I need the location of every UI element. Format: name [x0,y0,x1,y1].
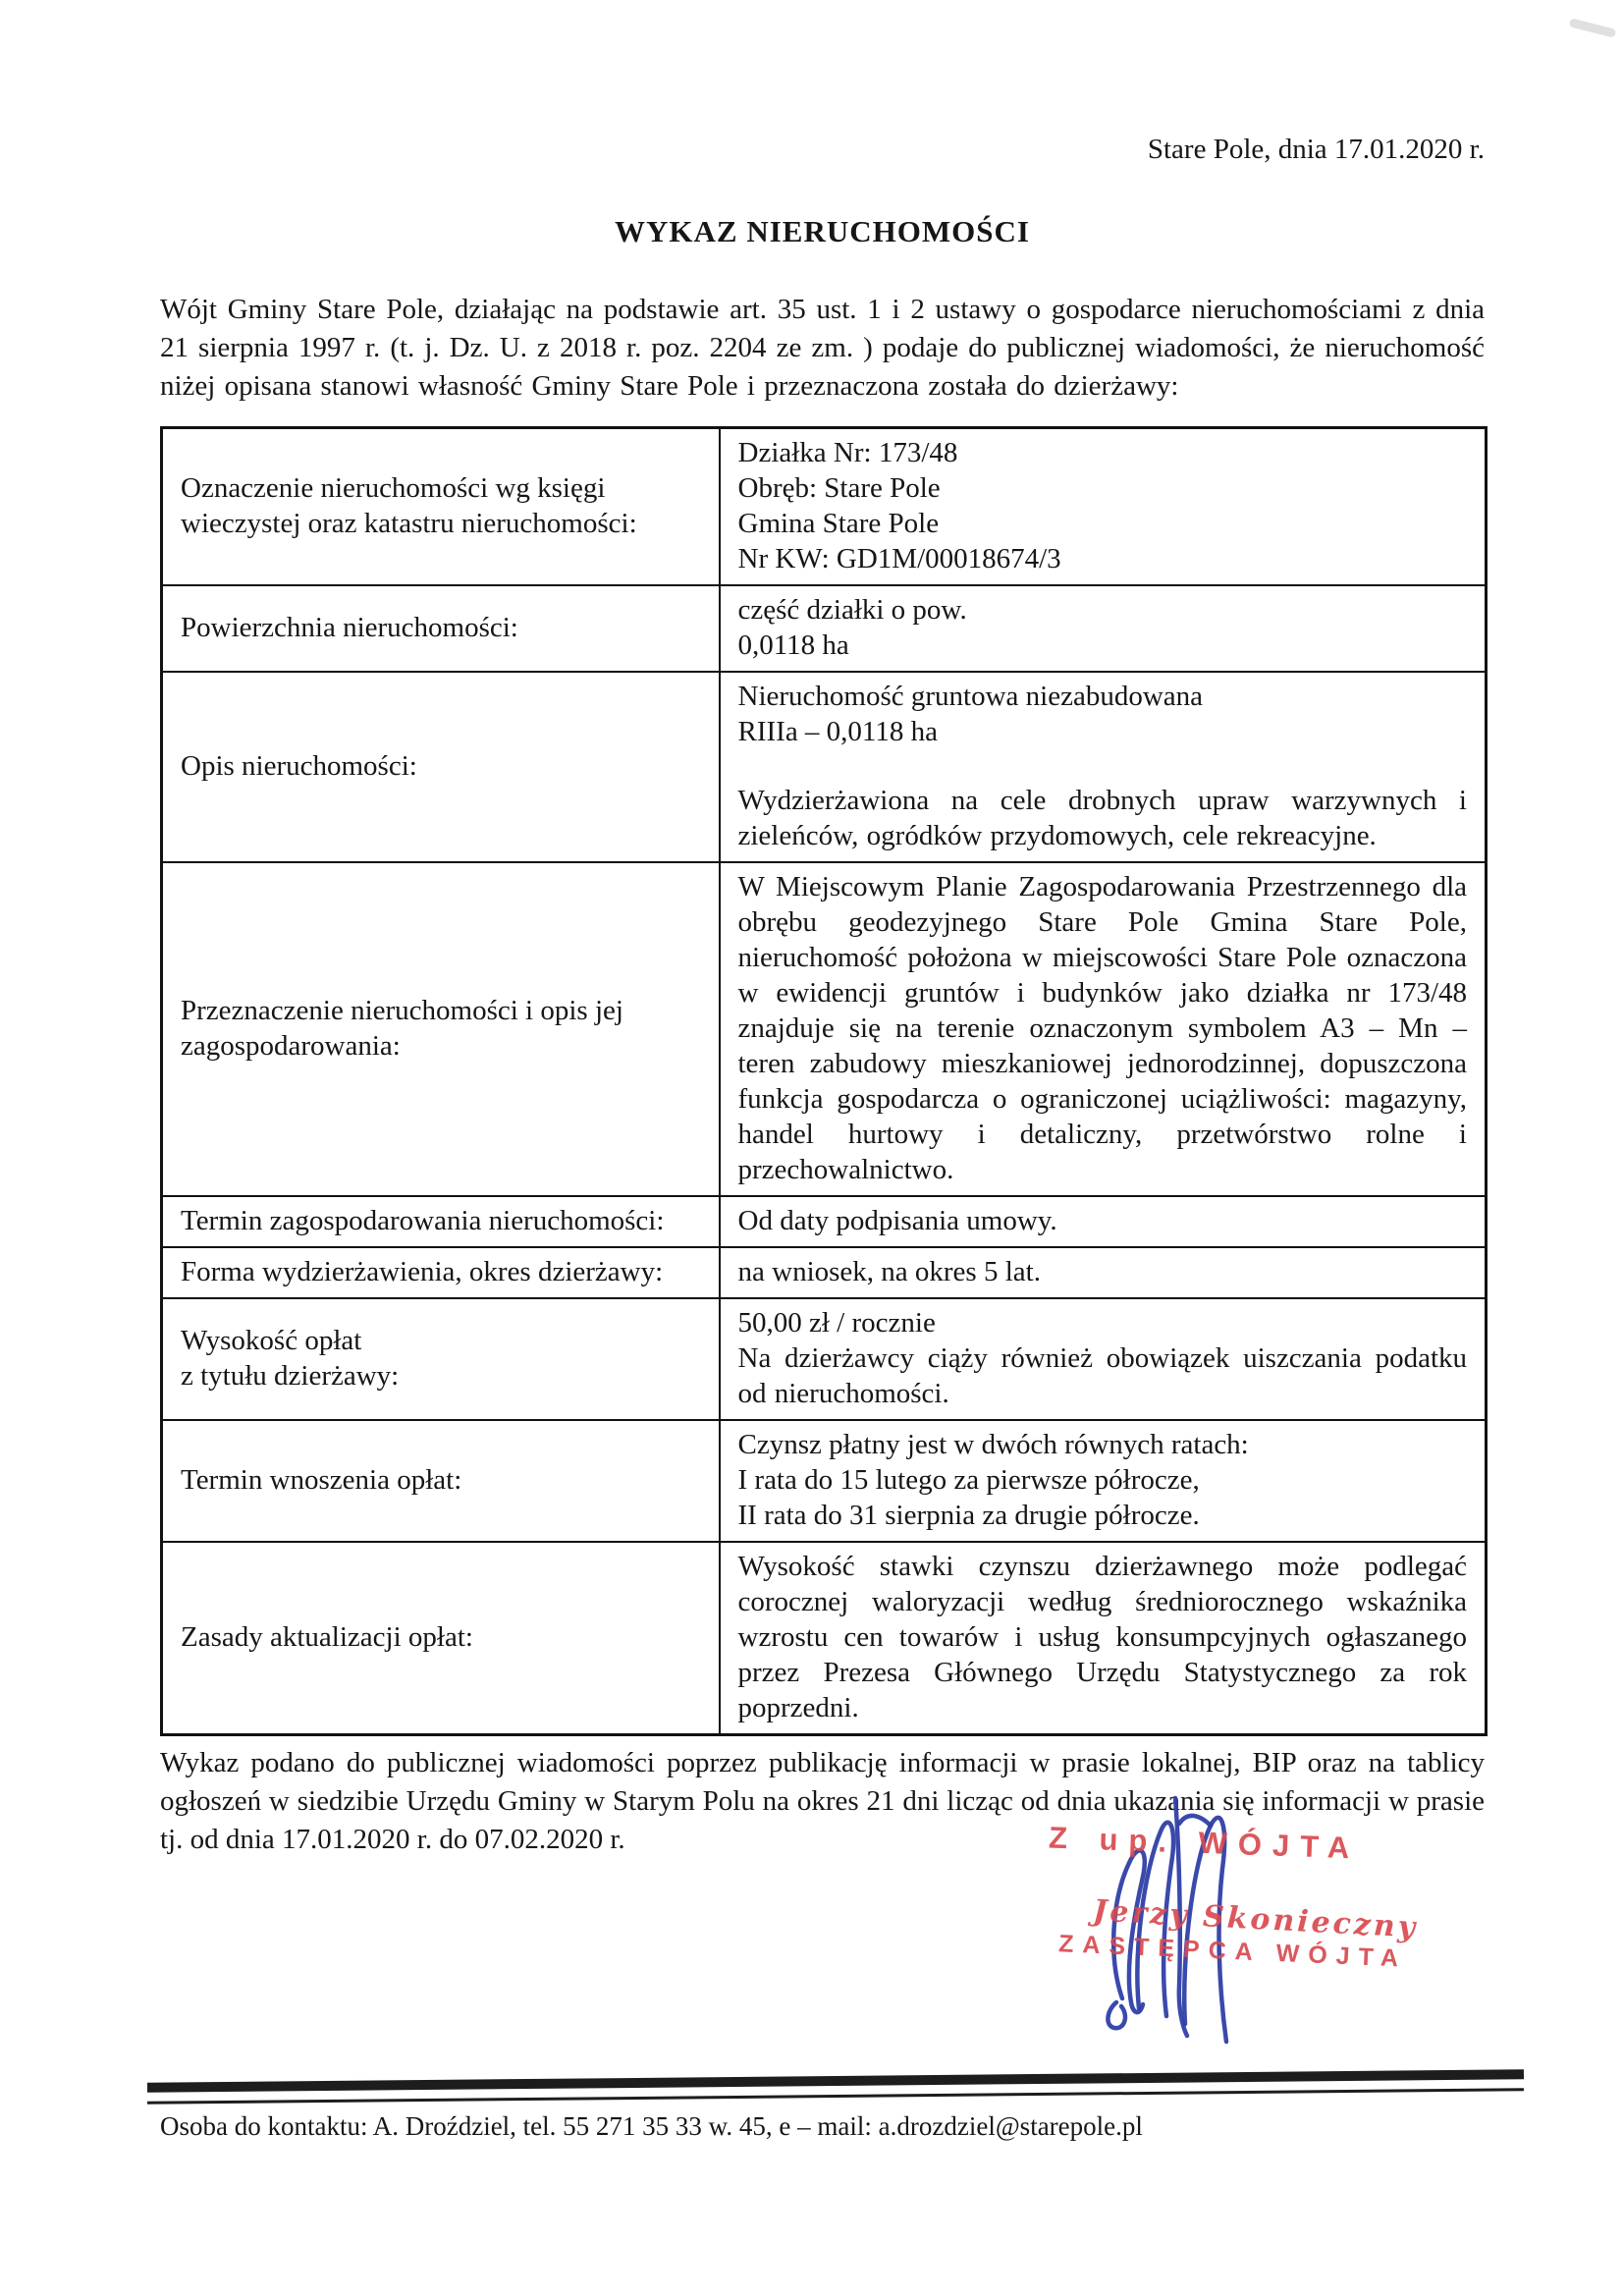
row-label: Forma wydzierżawienia, okres dzierżawy: [162,1247,720,1298]
row-value: Od daty podpisania umowy. [720,1196,1487,1247]
row-value-line: 0,0118 ha [738,628,1468,663]
row-value: część działki o pow.0,0118 ha [720,585,1487,672]
row-value-line: I rata do 15 lutego za pierwsze półrocze… [738,1462,1468,1498]
row-value-line: RIIIa – 0,0118 ha [738,714,1468,749]
row-label: Przeznaczenie nieruchomości i opis jejza… [162,862,720,1196]
row-value-line: Nieruchomość gruntowa niezabudowana [738,679,1468,714]
row-value-line: Na dzierżawcy ciąży również obowiązek ui… [738,1340,1468,1411]
document-page: Stare Pole, dnia 17.01.2020 r. WYKAZ NIE… [0,0,1623,2296]
table-row: Forma wydzierżawienia, okres dzierżawy:n… [162,1247,1487,1298]
row-value-line: Nr KW: GD1M/00018674/3 [738,541,1468,576]
row-value-line: Działka Nr: 173/48 [738,435,1468,470]
stamp-authority-line: Z up. WÓJTA [1048,1820,1360,1866]
row-label: Oznaczenie nieruchomości wg księgiwieczy… [162,428,720,586]
document-title: WYKAZ NIERUCHOMOŚCI [160,212,1485,251]
row-value-line: 50,00 zł / rocznie [738,1305,1468,1340]
table-row: Wysokość opłatz tytułu dzierżawy:50,00 z… [162,1298,1487,1420]
table-row: Termin zagospodarowania nieruchomości:Od… [162,1196,1487,1247]
table-row: Powierzchnia nieruchomości:część działki… [162,585,1487,672]
row-label: Zasady aktualizacji opłat: [162,1542,720,1735]
row-value: Nieruchomość gruntowa niezabudowanaRIIIa… [720,672,1487,862]
row-value: Wysokość stawki czynszu dzierżawnego moż… [720,1542,1487,1735]
row-value-line: część działki o pow. [738,592,1468,628]
row-value-line: Wysokość stawki czynszu dzierżawnego moż… [738,1549,1468,1725]
row-value-line: II rata do 31 sierpnia za drugie półrocz… [738,1498,1468,1533]
row-value-line: Gmina Stare Pole [738,506,1468,541]
row-value: W Miejscowym Planie Zagospodarowania Prz… [720,862,1487,1196]
row-value: na wniosek, na okres 5 lat. [720,1247,1487,1298]
table-row: Oznaczenie nieruchomości wg księgiwieczy… [162,428,1487,586]
row-label: Powierzchnia nieruchomości: [162,585,720,672]
row-value: Działka Nr: 173/48Obręb: Stare PoleGmina… [720,428,1487,586]
row-value: Czynsz płatny jest w dwóch równych ratac… [720,1420,1487,1542]
row-label: Opis nieruchomości: [162,672,720,862]
property-table: Oznaczenie nieruchomości wg księgiwieczy… [160,426,1488,1736]
date-line: Stare Pole, dnia 17.01.2020 r. [160,0,1485,167]
row-value-line: Obręb: Stare Pole [738,470,1468,506]
row-label: Wysokość opłatz tytułu dzierżawy: [162,1298,720,1420]
row-value-line: Czynsz płatny jest w dwóch równych ratac… [738,1427,1468,1462]
row-value-line: Od daty podpisania umowy. [738,1203,1468,1238]
row-value-line [738,749,1468,783]
table-row: Przeznaczenie nieruchomości i opis jejza… [162,862,1487,1196]
scan-artifact [1569,18,1617,37]
row-value-line: W Miejscowym Planie Zagospodarowania Prz… [738,869,1468,1187]
approval-stamp: Z up. WÓJTA Jerzy Skonieczny ZASTĘPCA WÓ… [160,1818,1485,2093]
row-label: Termin zagospodarowania nieruchomości: [162,1196,720,1247]
intro-paragraph: Wójt Gminy Stare Pole, działając na pods… [160,291,1485,406]
row-value: 50,00 zł / rocznieNa dzierżawcy ciąży ró… [720,1298,1487,1420]
table-row: Termin wnoszenia opłat:Czynsz płatny jes… [162,1420,1487,1542]
contact-line: Osoba do kontaktu: A. Droździel, tel. 55… [160,2109,1143,2143]
document-content: Stare Pole, dnia 17.01.2020 r. WYKAZ NIE… [160,0,1485,2093]
row-value-line: na wniosek, na okres 5 lat. [738,1254,1468,1289]
row-label: Termin wnoszenia opłat: [162,1420,720,1542]
row-value-line: Wydzierżawiona na cele drobnych upraw wa… [738,783,1468,853]
property-table-body: Oznaczenie nieruchomości wg księgiwieczy… [162,428,1487,1735]
table-row: Zasady aktualizacji opłat:Wysokość stawk… [162,1542,1487,1735]
table-row: Opis nieruchomości:Nieruchomość gruntowa… [162,672,1487,862]
